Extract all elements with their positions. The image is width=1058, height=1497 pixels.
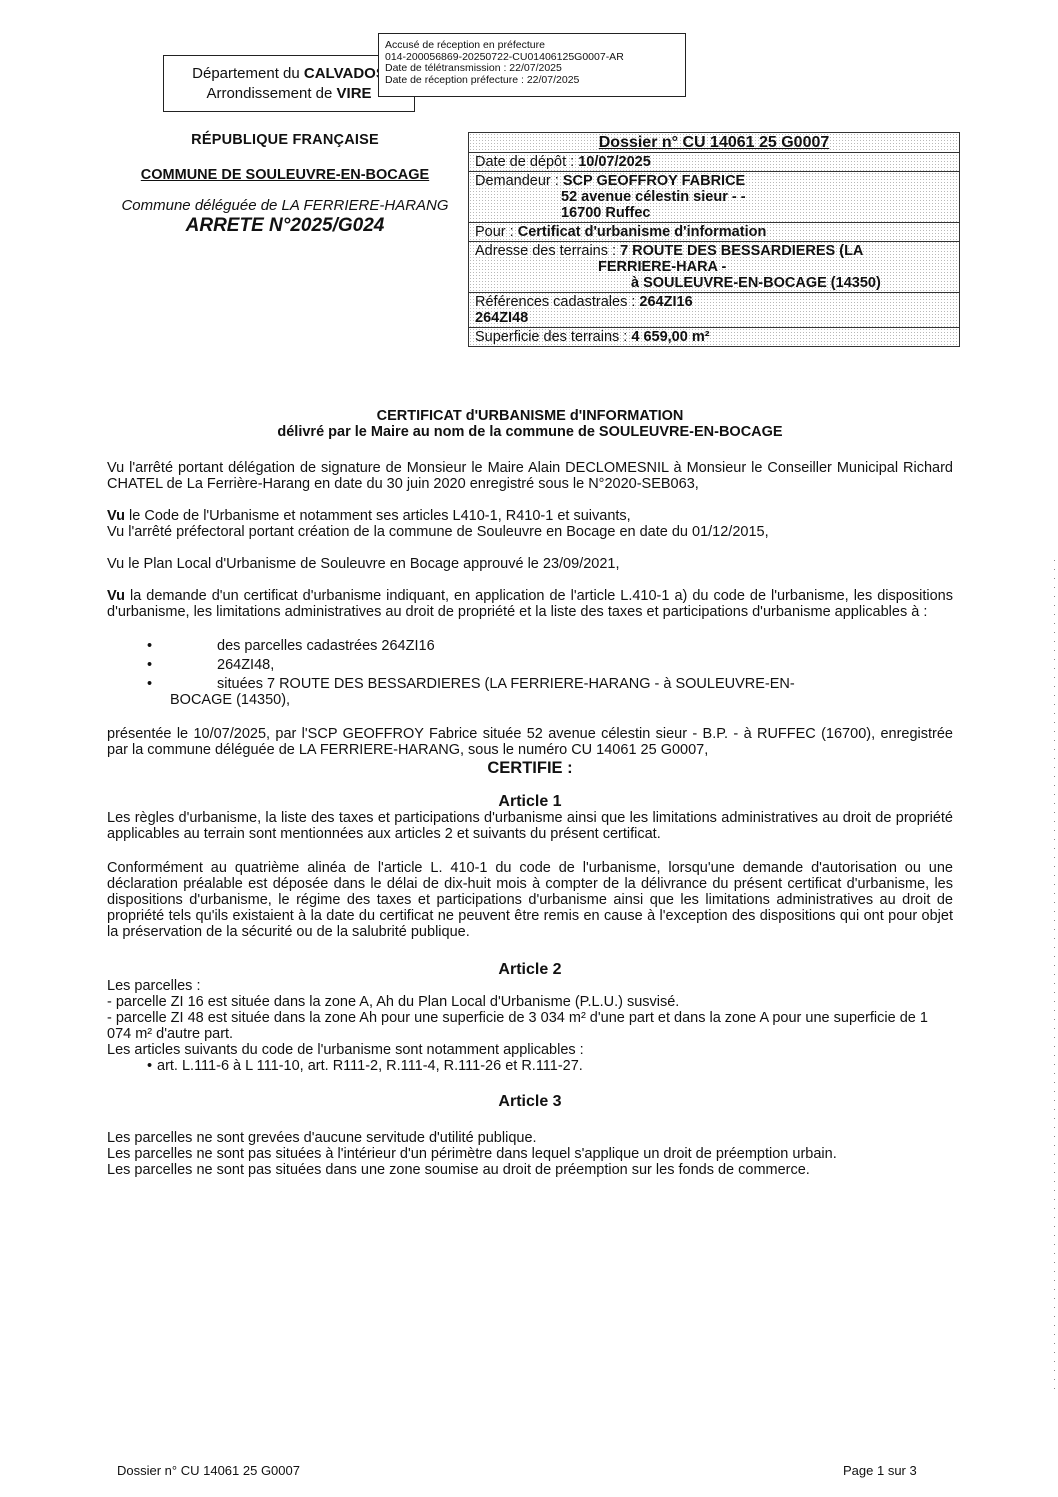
applicable-articles-text: art. L.111-6 à L 111-10, art. R111-2, R.… [149,1058,583,1074]
footer-dossier-number: Dossier n° CU 14061 25 G0007 [117,1463,300,1478]
arrete-number: ARRETE N°2025/G024 [100,215,470,237]
article-2-line: Les articles suivants du code de l'urban… [107,1042,953,1058]
vu-prefectoral-paragraph: Vu l'arrêté préfectoral portant création… [107,524,953,540]
vu-keyword: Vu [107,508,125,524]
vu-code-text: le Code de l'Urbanisme et notamment ses … [125,508,631,524]
purpose-row: Pour : Certificat d'urbanisme d'informat… [469,222,959,241]
arrondissement-name: VIRE [337,85,372,102]
parcel-item-text: situées 7 ROUTE DES BESSARDIERES (LA FER… [217,676,953,692]
surface-value: 4 659,00 m² [631,329,709,345]
page-number: Page 1 sur 3 [843,1463,917,1478]
article-1-paragraph-2: Conformément au quatrième alinéa de l'ar… [107,860,953,940]
arrondissement-prefix: Arrondissement de [206,85,336,102]
list-item: • situées 7 ROUTE DES BESSARDIERES (LA F… [107,676,953,692]
article-3-line: Les parcelles ne sont pas situées dans u… [107,1162,953,1178]
parcel-item-text: 264ZI48, [217,657,953,673]
deposit-date-value: 10/07/2025 [578,154,651,170]
article-3-title: Article 3 [107,1094,953,1110]
delegated-commune: Commune déléguée de LA FERRIERE-HARANG [100,197,470,214]
applicant-address-line1: 52 avenue célestin sieur - - [561,189,746,205]
list-item: • des parcelles cadastrées 264ZI16 [107,638,953,654]
scan-edge-artifact [1054,560,1055,1390]
purpose-value: Certificat d'urbanisme d'information [518,224,767,240]
bullet-icon: • [107,1058,149,1074]
list-item: • art. L.111-6 à L 111-10, art. R111-2, … [107,1058,953,1074]
vu-delegation-paragraph: Vu l'arrêté portant délégation de signat… [107,460,953,492]
stamp-reception-date: Date de réception préfecture : 22/07/202… [385,75,685,87]
cadastre-ref-1: 264ZI16 [639,294,692,310]
vu-demande-paragraph: Vu la demande d'un certificat d'urbanism… [107,588,953,620]
article-2-line: Les parcelles : [107,978,953,994]
purpose-label: Pour : [475,224,518,240]
certificate-title: CERTIFICAT d'URBANISME d'INFORMATION [107,408,953,424]
stamp-title: Accusé de réception en préfecture [385,40,685,52]
republic-heading: RÉPUBLIQUE FRANÇAISE [100,132,470,148]
issuer-header: RÉPUBLIQUE FRANÇAISE COMMUNE DE SOULEUVR… [100,132,470,237]
certificate-subtitle: délivré par le Maire au nom de la commun… [107,424,953,440]
vu-demande-text: la demande d'un certificat d'urbanisme i… [107,588,953,620]
vu-keyword: Vu [107,588,125,604]
prefecture-receipt-stamp: Accusé de réception en préfecture 014-20… [378,33,686,97]
deposit-date-row: Date de dépôt : 10/07/2025 [469,152,959,171]
land-address-line2: FERRIERE-HARA - [598,259,726,275]
applicant-name: SCP GEOFFROY FABRICE [563,173,745,189]
land-address-line3: à SOULEUVRE-EN-BOCAGE (14350) [631,275,881,291]
dossier-info-table: Dossier n° CU 14061 25 G0007 Date de dép… [468,132,960,347]
cadastre-label: Références cadastrales : [475,294,639,310]
department-line: Département du CALVADOS [164,64,414,84]
article-1-paragraph-1: Les règles d'urbanisme, la liste des tax… [107,810,953,842]
surface-row: Superficie des terrains : 4 659,00 m² [469,327,959,346]
certificate-body: CERTIFICAT d'URBANISME d'INFORMATION dél… [107,408,953,1178]
department-name: CALVADOS [304,65,386,82]
surface-label: Superficie des terrains : [475,329,631,345]
article-2-line: - parcelle ZI 48 est située dans la zone… [107,1010,953,1042]
commune-heading: COMMUNE DE SOULEUVRE-EN-BOCAGE [100,167,470,183]
bullet-icon: • [107,638,217,654]
article-3-line: Les parcelles ne sont pas situées à l'in… [107,1146,953,1162]
department-prefix: Département du [192,65,304,82]
article-3-line: Les parcelles ne sont grevées d'aucune s… [107,1130,953,1146]
presented-paragraph: présentée le 10/07/2025, par l'SCP GEOFF… [107,726,953,758]
parcel-list: • des parcelles cadastrées 264ZI16 • 264… [107,638,953,708]
deposit-date-label: Date de dépôt : [475,154,578,170]
cadastre-ref-2: 264ZI48 [475,310,528,326]
bullet-icon: • [107,676,217,692]
parcel-item-continuation: BOCAGE (14350), [107,692,953,708]
land-address-line1: 7 ROUTE DES BESSARDIERES (LA [620,243,863,259]
vu-code-paragraph: Vu le Code de l'Urbanisme et notamment s… [107,508,953,524]
list-item: • 264ZI48, [107,657,953,673]
article-1-title: Article 1 [107,794,953,810]
parcel-item-text: des parcelles cadastrées 264ZI16 [217,638,953,654]
cadastre-row: Références cadastrales : 264ZI16 264ZI48 [469,292,959,327]
stamp-transmission-date: Date de télétransmission : 22/07/2025 [385,63,685,75]
arrondissement-line: Arrondissement de VIRE [164,84,414,104]
dossier-number: Dossier n° CU 14061 25 G0007 [469,133,959,152]
applicant-row: Demandeur : SCP GEOFFROY FABRICE 52 aven… [469,171,959,222]
article-2-title: Article 2 [107,962,953,978]
vu-plu-paragraph: Vu le Plan Local d'Urbanisme de Souleuvr… [107,556,953,572]
article-2-line: - parcelle ZI 16 est située dans la zone… [107,994,953,1010]
bullet-icon: • [107,657,217,673]
land-address-label: Adresse des terrains : [475,243,620,259]
certifie-heading: CERTIFIE : [107,760,953,776]
applicant-label: Demandeur : [475,173,563,189]
land-address-row: Adresse des terrains : 7 ROUTE DES BESSA… [469,241,959,292]
applicant-address-line2: 16700 Ruffec [561,205,650,221]
